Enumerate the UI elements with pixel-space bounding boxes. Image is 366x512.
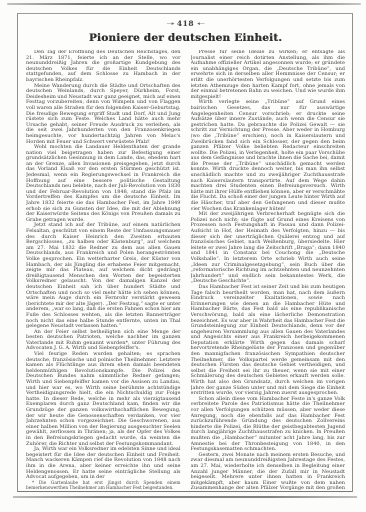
page-number-row: —▸ 418 ◂— (26, 19, 345, 28)
paragraph: Ja, Wirth war ein Volksredner im edelste… (26, 447, 181, 479)
paragraph: Den Tag der Eröffnung des Deutschen Reic… (26, 50, 181, 84)
paragraph: Mit der zweijährigen Verbrecherhaft begn… (191, 212, 346, 285)
page-top-edge-rule (7, 3, 361, 5)
text-columns: Den Tag der Eröffnung des Deutschen Reic… (26, 50, 345, 492)
paragraph: Presse für seine Ideale zu wirken; er en… (191, 50, 346, 100)
paragraph: Das Hambacher Fest ist seiner Zeit und b… (191, 285, 346, 397)
paragraph: Viel feurige Reden wurden gehalten; es s… (26, 352, 181, 447)
left-column-paragraphs: Den Tag der Eröffnung des Deutschen Reic… (26, 50, 181, 479)
scanned-page: —▸ 418 ◂— Pioniere der deutschen Einheit… (0, 0, 366, 512)
paragraph: Wohl mochten die Landauer Heldenthaten d… (26, 145, 181, 223)
page-number-ornament-left: —▸ (167, 21, 174, 27)
paragraph: Wirth verlegte seine „Tribüne“ auf Grund… (191, 100, 346, 212)
article-title: Pioniere der deutschen Einheit. (26, 32, 345, 44)
paragraph: An der Feier selbst betheiligten sich ei… (26, 330, 181, 352)
text-column-left: Den Tag der Eröffnung des Deutschen Reic… (26, 50, 181, 492)
text-column-right: Presse für seine Ideale zu wirken; er en… (191, 50, 346, 492)
paragraph: Gestern, zwei Monate nach meinem ersten … (191, 453, 346, 492)
footnote: * Die Gartenlaube hat erst jüngst durch … (26, 481, 181, 491)
page-bottom-edge-rule (13, 496, 357, 498)
page-number-ornament-right: ◂— (197, 21, 204, 27)
paragraph: Schon allein diese vom Hambacher Feste i… (191, 397, 346, 453)
page-frame: —▸ 418 ◂— Pioniere der deutschen Einheit… (17, 13, 353, 492)
page-number: 418 (177, 19, 194, 28)
paragraph: Meine Wanderung durch die Städte und Ort… (26, 84, 181, 146)
paragraph: Jetzt stand ich auf der Tribüne, auf ein… (26, 223, 181, 329)
